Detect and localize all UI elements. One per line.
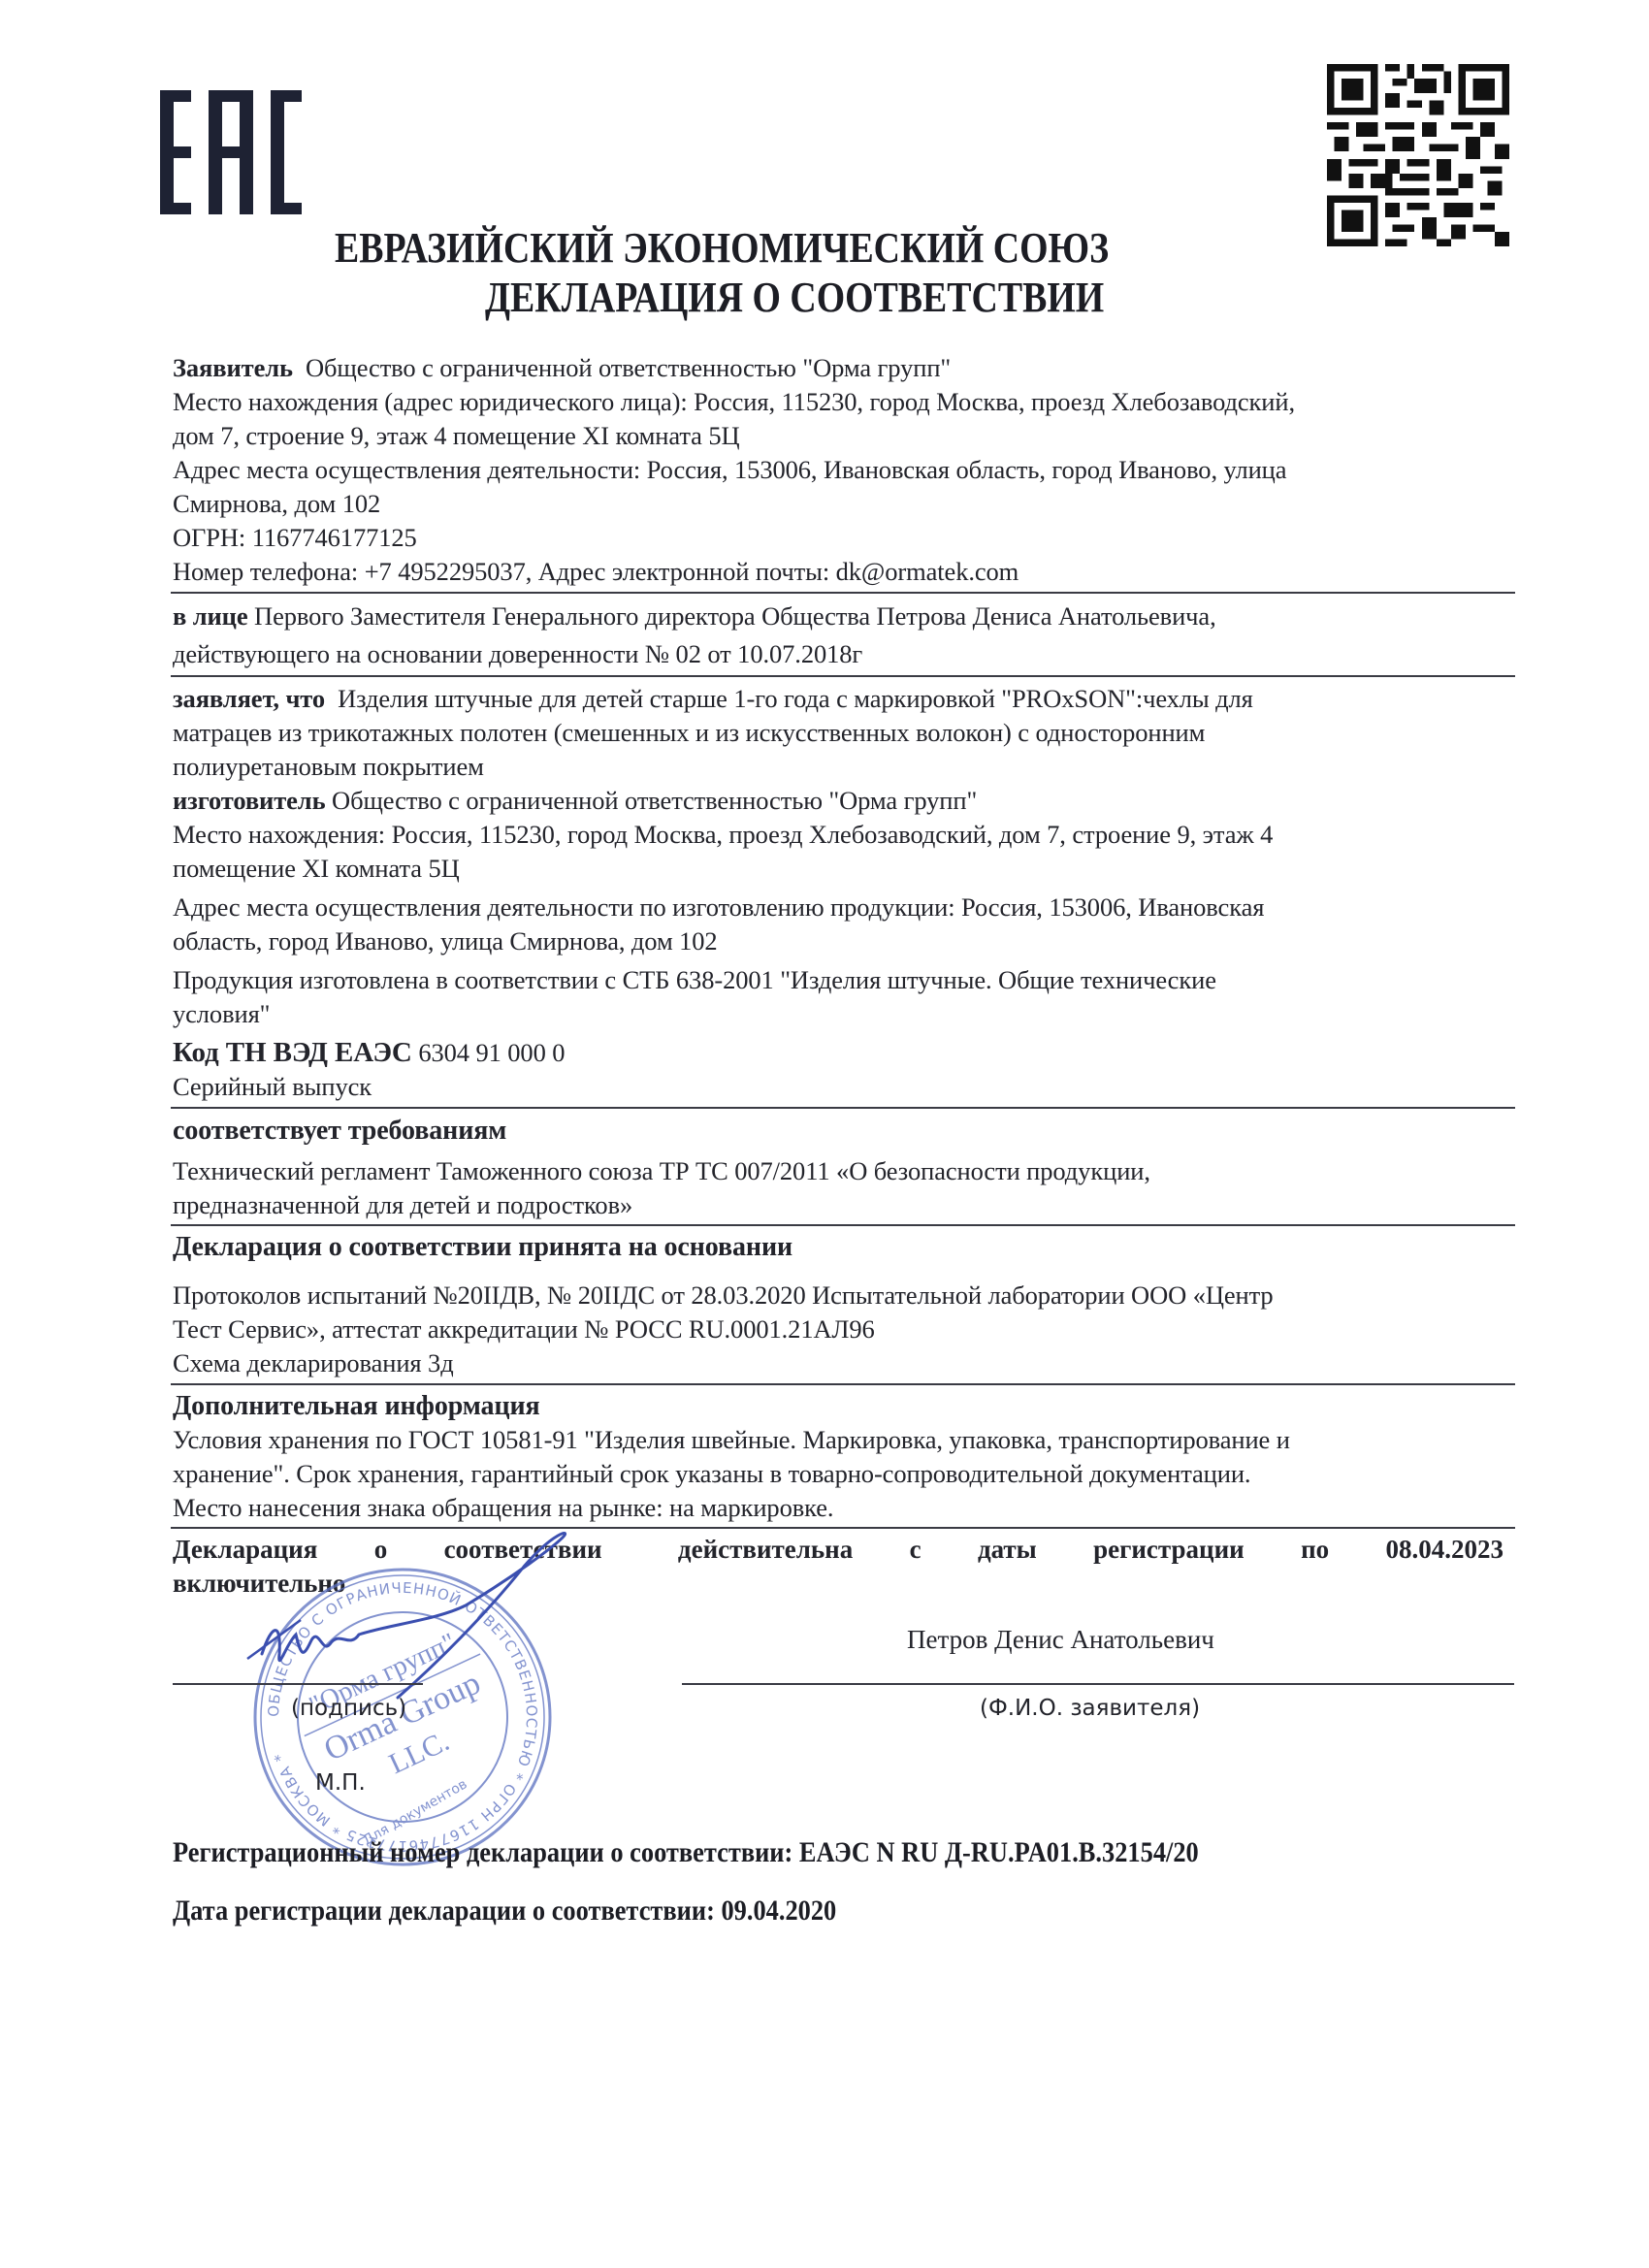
additional-line-1: Условия хранения по ГОСТ 10581-91 "Издел… bbox=[173, 1423, 1290, 1457]
registration-number: Регистрационный номер декларации о соотв… bbox=[173, 1836, 1199, 1869]
manufacturer-production-2: область, город Иваново, улица Смирнова, … bbox=[173, 924, 718, 958]
signature-caption: (подпись) bbox=[291, 1696, 406, 1721]
manufacturer-name: Общество с ограниченной ответственностью… bbox=[332, 786, 977, 815]
eac-logo-icon bbox=[160, 90, 302, 214]
manufacturer-row: изготовитель Общество с ограниченной отв… bbox=[173, 784, 977, 818]
declares-line-2: матрацев из трикотажных полотен (смешенн… bbox=[173, 716, 1205, 750]
name-line bbox=[682, 1683, 1514, 1685]
applicant-label: Заявитель bbox=[173, 353, 293, 382]
applicant-name: Общество с ограниченной ответственностью… bbox=[306, 353, 951, 382]
declares-label: заявляет, что bbox=[173, 684, 325, 713]
signature-line bbox=[173, 1683, 423, 1685]
validity-word: по bbox=[1301, 1533, 1329, 1567]
validity-word: с bbox=[910, 1533, 921, 1567]
divider bbox=[171, 1224, 1515, 1226]
divider bbox=[171, 1107, 1515, 1109]
applicant-contacts: Номер телефона: +7 4952295037, Адрес эле… bbox=[173, 555, 1018, 589]
additional-line-3: Место нанесения знака обращения на рынке… bbox=[173, 1491, 833, 1525]
representative-line-2: действующего на основании доверенности №… bbox=[173, 637, 862, 671]
applicant-full-name: Петров Денис Анатольевич bbox=[907, 1625, 1214, 1655]
declares-line-1: Изделия штучные для детей старше 1-го го… bbox=[338, 684, 1253, 713]
declares-row: заявляет, что Изделия штучные для детей … bbox=[173, 682, 1253, 716]
applicant-activity-address-2: Смирнова, дом 102 bbox=[173, 487, 380, 521]
applicant-legal-address-2: дом 7, строение 9, этаж 4 помещение XI к… bbox=[173, 419, 740, 453]
validity-end-date: 08.04.2023 bbox=[1385, 1533, 1503, 1567]
name-caption: (Ф.И.О. заявителя) bbox=[980, 1696, 1200, 1721]
qr-code-icon bbox=[1327, 64, 1509, 246]
validity-word: даты bbox=[978, 1533, 1037, 1567]
validity-word: действительна bbox=[678, 1533, 853, 1567]
applicant-row: Заявитель Общество с ограниченной ответс… bbox=[173, 351, 951, 385]
applicant-legal-address-1: Место нахождения (адрес юридического лиц… bbox=[173, 385, 1295, 419]
requirements-line-2: предназначенной для детей и подростков» bbox=[173, 1188, 632, 1222]
manufacturer-standard-1: Продукция изготовлена в соответствии с С… bbox=[173, 963, 1503, 997]
title-union: ЕВРАЗИЙСКИЙ ЭКОНОМИЧЕСКИЙ СОЮЗ bbox=[335, 225, 1109, 272]
divider bbox=[171, 1383, 1515, 1385]
code-row: Код ТН ВЭД ЕАЭС 6304 91 000 0 bbox=[173, 1036, 565, 1070]
seal-caption: М.П. bbox=[315, 1770, 366, 1796]
title-declaration: ДЕКЛАРАЦИЯ О СООТВЕТСТВИИ bbox=[485, 275, 1104, 321]
registration-date: Дата регистрации декларации о соответств… bbox=[173, 1895, 836, 1928]
representative-row: в лице Первого Заместителя Генерального … bbox=[173, 599, 1216, 633]
declares-line-3: полиуретановым покрытием bbox=[173, 750, 484, 784]
basis-line-2: Тест Сервис», аттестат аккредитации № РО… bbox=[173, 1312, 875, 1346]
applicant-activity-address-1: Адрес места осуществления деятельности: … bbox=[173, 453, 1286, 487]
representative-label: в лице bbox=[173, 601, 248, 631]
requirements-line-1: Технический регламент Таможенного союза … bbox=[173, 1154, 1150, 1188]
code-label: Код ТН ВЭД ЕАЭС bbox=[173, 1037, 412, 1068]
additional-label: Дополнительная информация bbox=[173, 1389, 540, 1423]
divider bbox=[171, 675, 1515, 677]
release-type: Серийный выпуск bbox=[173, 1070, 372, 1104]
validity-word: регистрации bbox=[1093, 1533, 1245, 1567]
divider bbox=[171, 592, 1515, 594]
manufacturer-label: изготовитель bbox=[173, 786, 326, 815]
applicant-ogrn: ОГРН: 1167746177125 bbox=[173, 521, 417, 555]
requirements-label: соответствует требованиям bbox=[173, 1114, 506, 1148]
code-value: 6304 91 000 0 bbox=[418, 1038, 565, 1067]
declaration-scheme: Схема декларирования 3д bbox=[173, 1346, 454, 1380]
manufacturer-standard-2: условия" bbox=[173, 997, 270, 1031]
representative-line-1: Первого Заместителя Генерального директо… bbox=[254, 601, 1216, 631]
additional-line-2: хранение". Срок хранения, гарантийный ср… bbox=[173, 1457, 1250, 1491]
basis-label: Декларация о соответствии принята на осн… bbox=[173, 1230, 792, 1264]
manufacturer-address-2: помещение XI комната 5Ц bbox=[173, 852, 460, 886]
manufacturer-production-1: Адрес места осуществления деятельности п… bbox=[173, 891, 1503, 924]
basis-line-1: Протоколов испытаний №20IIДВ, № 20IIДС о… bbox=[173, 1279, 1503, 1312]
manufacturer-address-1: Место нахождения: Россия, 115230, город … bbox=[173, 818, 1503, 852]
